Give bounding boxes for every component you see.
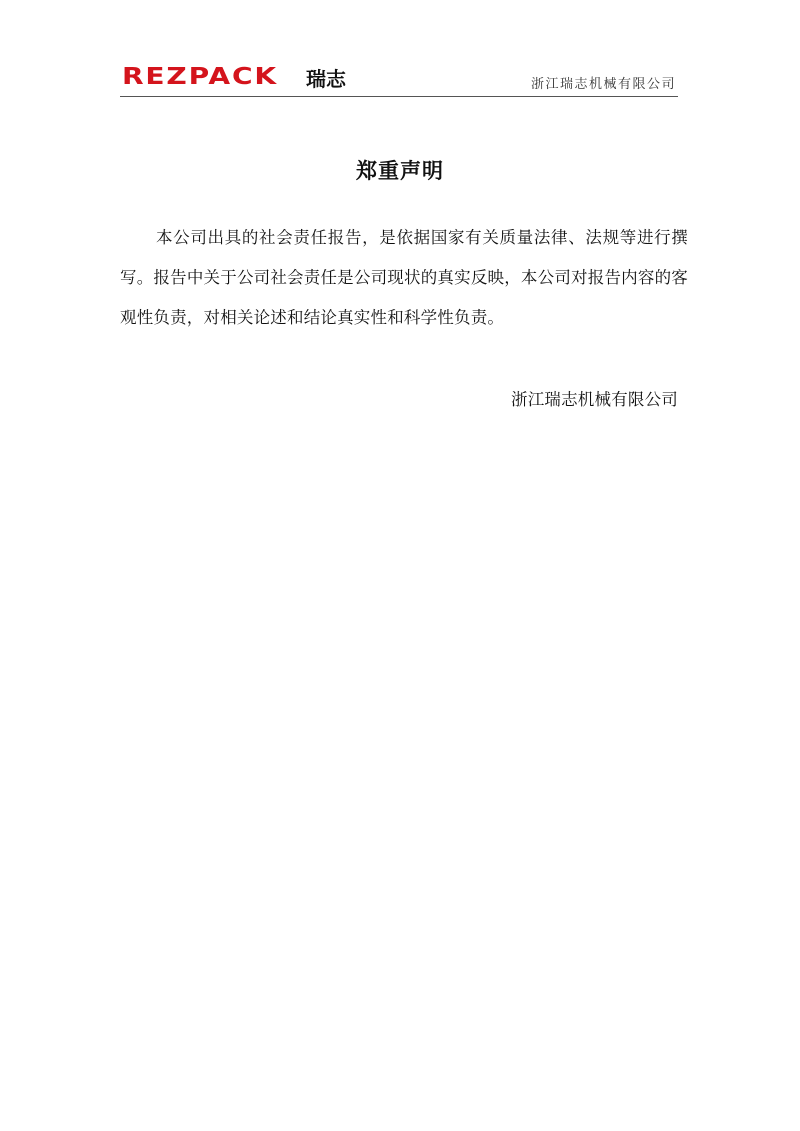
header-company-name: 浙江瑞志机械有限公司	[531, 73, 676, 92]
document-title: 郑重声明	[0, 155, 800, 185]
declaration-paragraph: 本公司出具的社会责任报告，是依据国家有关质量法律、法规等进行撰写。报告中关于公司…	[120, 218, 688, 338]
signature-company-name: 浙江瑞志机械有限公司	[511, 386, 678, 410]
company-logo: REZPACK 瑞志	[122, 65, 346, 89]
logo-latin-text: REZPACK	[122, 64, 342, 90]
page-header: REZPACK 瑞志 浙江瑞志机械有限公司	[120, 60, 678, 97]
